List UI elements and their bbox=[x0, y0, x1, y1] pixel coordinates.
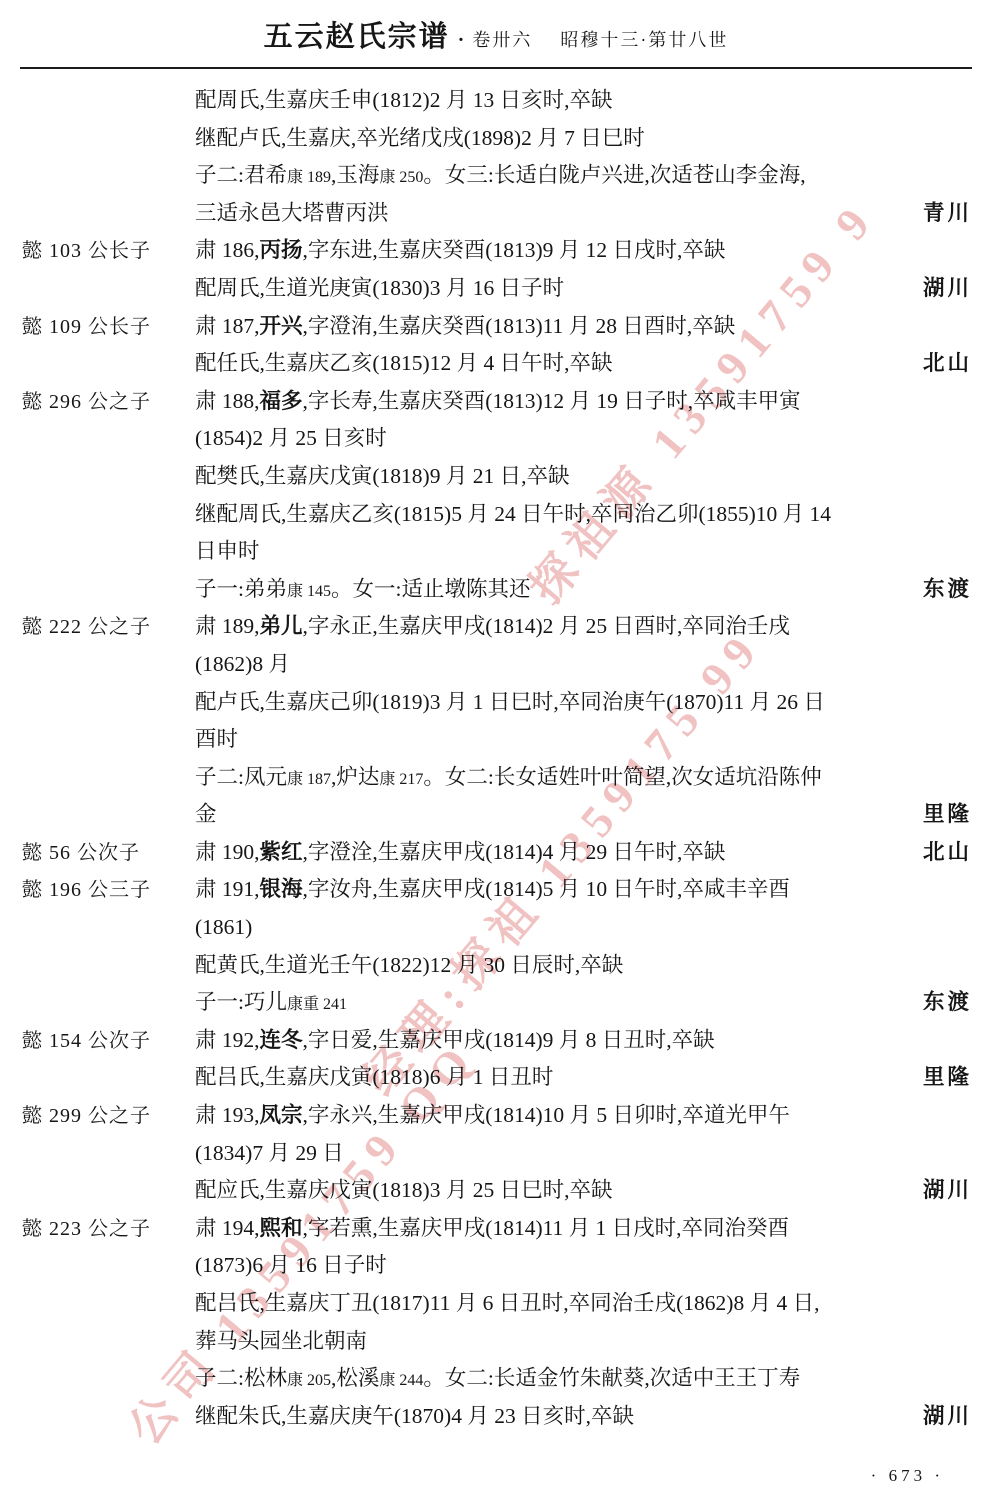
residence-place-label: 里隆 bbox=[923, 796, 972, 834]
entry-lineage-label: 懿 109 公长子 bbox=[0, 309, 195, 347]
genealogy-row: 日申时 bbox=[0, 533, 972, 571]
page-header: 五云赵氏宗谱·卷卅六昭穆十三·第廿八世 bbox=[0, 0, 992, 55]
genealogy-row: 配任氏,生嘉庆乙亥(1815)12 月 4 日午时,卒缺北山 bbox=[0, 345, 972, 383]
person-name: 银海 bbox=[260, 877, 303, 901]
entry-text-segment: 配黄氏,生道光壬午(1822)12 月 30 日辰时,卒缺 bbox=[195, 953, 623, 977]
genealogy-row: (1862)8 月 bbox=[0, 646, 972, 684]
genealogy-page: 探祖源 13591759 9经理:探祖 1359175 99公司 1359175… bbox=[0, 0, 992, 1512]
genealogy-row: 配樊氏,生嘉庆戊寅(1818)9 月 21 日,卒缺 bbox=[0, 458, 972, 496]
entry-text-segment: 日申时 bbox=[195, 539, 260, 563]
entry-text: 肃 192,连冬,字日爱,生嘉庆甲戌(1814)9 月 8 日丑时,卒缺 bbox=[195, 1022, 960, 1060]
residence-place-label: 湖川 bbox=[923, 1172, 972, 1210]
residence-place-label: 北山 bbox=[923, 345, 972, 383]
entry-lineage-label: 懿 299 公之子 bbox=[0, 1098, 195, 1136]
entry-text-segment: 。女二:长适金竹朱献葵,次适中王王丁寿 bbox=[423, 1366, 800, 1390]
cross-reference-annotation: 康 205 bbox=[287, 1372, 331, 1389]
cross-reference-annotation: 康 244 bbox=[379, 1372, 423, 1389]
generation-label: 昭穆十三·第廿八世 bbox=[560, 30, 728, 50]
entry-text: 酉时 bbox=[195, 721, 960, 759]
entry-text-segment: (1834)7 月 29 日 bbox=[195, 1141, 344, 1165]
entry-text-segment: 。女二:长女适姓叶叶简望,次女适坑沿陈仲 bbox=[423, 765, 821, 789]
entry-text-segment: 葬马头园坐北朝南 bbox=[195, 1329, 367, 1353]
entry-text: 配樊氏,生嘉庆戊寅(1818)9 月 21 日,卒缺 bbox=[195, 458, 960, 496]
entry-text: 配吕氏,生嘉庆戊寅(1818)6 月 1 日丑时 bbox=[195, 1059, 911, 1097]
book-title: 五云赵氏宗谱 bbox=[264, 21, 450, 53]
entry-lineage-label: 懿 223 公之子 bbox=[0, 1211, 195, 1249]
entry-lineage-label: 懿 222 公之子 bbox=[0, 609, 195, 647]
genealogy-row: 三适永邑大塔曹丙洪青川 bbox=[0, 195, 972, 233]
entry-text-segment: 肃 193, bbox=[195, 1103, 260, 1127]
person-name: 开兴 bbox=[260, 314, 303, 338]
entry-text-segment: 。女三:长适白陇卢兴进,次适苍山李金海, bbox=[423, 163, 805, 187]
entry-text-segment: ,字汝舟,生嘉庆甲戌(1814)5 月 10 日午时,卒咸丰辛酉 bbox=[303, 877, 790, 901]
entry-text: 子二:松林康 205,松溪康 244。女二:长适金竹朱献葵,次适中王王丁寿 bbox=[195, 1360, 960, 1400]
genealogy-row: 继配周氏,生嘉庆乙亥(1815)5 月 24 日午时,卒同治乙卯(1855)10… bbox=[0, 496, 972, 534]
entry-text-segment: 子二:君希 bbox=[195, 163, 287, 187]
entry-text-segment: (1861) bbox=[195, 915, 252, 939]
entry-text: 金 bbox=[195, 796, 911, 834]
residence-place-label: 东渡 bbox=[923, 984, 972, 1022]
entry-text-segment: 继配朱氏,生嘉庆庚午(1870)4 月 23 日亥时,卒缺 bbox=[195, 1404, 634, 1428]
entry-text-segment: 子二:松林 bbox=[195, 1366, 287, 1390]
entry-text: 子二:君希康 189,玉海康 250。女三:长适白陇卢兴进,次适苍山李金海, bbox=[195, 157, 960, 197]
person-name: 连冬 bbox=[260, 1028, 303, 1052]
entry-lineage-label: 懿 154 公次子 bbox=[0, 1023, 195, 1061]
person-name: 弟儿 bbox=[260, 614, 303, 638]
genealogy-row: 配吕氏,生嘉庆丁丑(1817)11 月 6 日丑时,卒同治壬戌(1862)8 月… bbox=[0, 1285, 972, 1323]
genealogy-row: (1834)7 月 29 日 bbox=[0, 1135, 972, 1173]
cross-reference-annotation: 康 145 bbox=[287, 583, 331, 600]
cross-reference-annotation: 康 217 bbox=[379, 771, 423, 788]
entry-text-segment: ,字永正,生嘉庆甲戌(1814)2 月 25 日酉时,卒同治壬戌 bbox=[303, 614, 790, 638]
entry-text-segment: 配应氏,生嘉庆戊寅(1818)3 月 25 日巳时,卒缺 bbox=[195, 1178, 612, 1202]
entry-text: 继配周氏,生嘉庆乙亥(1815)5 月 24 日午时,卒同治乙卯(1855)10… bbox=[195, 496, 960, 534]
entry-text: 肃 186,丙扬,字东进,生嘉庆癸酉(1813)9 月 12 日戌时,卒缺 bbox=[195, 232, 960, 270]
entry-text-segment: 继配卢氏,生嘉庆,卒光绪戊戌(1898)2 月 7 日巳时 bbox=[195, 126, 645, 150]
genealogy-row: (1861) bbox=[0, 909, 972, 947]
genealogy-row: (1873)6 月 16 日子时 bbox=[0, 1247, 972, 1285]
entry-text-segment: 肃 191, bbox=[195, 877, 260, 901]
entry-text: 配卢氏,生嘉庆己卯(1819)3 月 1 日巳时,卒同治庚午(1870)11 月… bbox=[195, 684, 960, 722]
entry-text: 继配朱氏,生嘉庆庚午(1870)4 月 23 日亥时,卒缺 bbox=[195, 1398, 911, 1436]
genealogy-row: 配周氏,生道光庚寅(1830)3 月 16 日子时湖川 bbox=[0, 270, 972, 308]
entry-text-segment: 肃 188, bbox=[195, 389, 260, 413]
entry-text-segment: ,字澄洧,生嘉庆癸酉(1813)11 月 28 日酉时,卒缺 bbox=[303, 314, 736, 338]
entry-text: 肃 188,福多,字长寿,生嘉庆癸酉(1813)12 月 19 日子时,卒咸丰甲… bbox=[195, 383, 960, 421]
entry-text-segment: ,玉海 bbox=[331, 163, 379, 187]
volume-label: 卷卅六 bbox=[472, 30, 532, 50]
entry-text-segment: 配周氏,生嘉庆壬申(1812)2 月 13 日亥时,卒缺 bbox=[195, 88, 612, 112]
entry-text-segment: 配周氏,生道光庚寅(1830)3 月 16 日子时 bbox=[195, 276, 564, 300]
entry-text: 配黄氏,生道光壬午(1822)12 月 30 日辰时,卒缺 bbox=[195, 947, 960, 985]
entry-text: 子二:凤元康 187,炉达康 217。女二:长女适姓叶叶简望,次女适坑沿陈仲 bbox=[195, 759, 960, 799]
entry-lineage-label: 懿 56 公次子 bbox=[0, 835, 195, 873]
entry-text: 配任氏,生嘉庆乙亥(1815)12 月 4 日午时,卒缺 bbox=[195, 345, 911, 383]
genealogy-row: 继配朱氏,生嘉庆庚午(1870)4 月 23 日亥时,卒缺湖川 bbox=[0, 1398, 972, 1436]
entry-text-segment: (1854)2 月 25 日亥时 bbox=[195, 426, 387, 450]
entry-text: 葬马头园坐北朝南 bbox=[195, 1323, 960, 1361]
genealogy-row: 懿 223 公之子肃 194,熙和,字若熏,生嘉庆甲戌(1814)11 月 1 … bbox=[0, 1210, 972, 1248]
entry-text: 肃 191,银海,字汝舟,生嘉庆甲戌(1814)5 月 10 日午时,卒咸丰辛酉 bbox=[195, 871, 960, 909]
entry-lineage-label: 懿 296 公之子 bbox=[0, 384, 195, 422]
entry-text-segment: 三适永邑大塔曹丙洪 bbox=[195, 201, 389, 225]
entry-text-segment: 。女一:适止墩陈其还 bbox=[331, 577, 530, 601]
entry-text-segment: 肃 187, bbox=[195, 314, 260, 338]
person-name: 熙和 bbox=[260, 1216, 303, 1240]
genealogy-row: 金里隆 bbox=[0, 796, 972, 834]
entry-text: 肃 187,开兴,字澄洧,生嘉庆癸酉(1813)11 月 28 日酉时,卒缺 bbox=[195, 308, 960, 346]
genealogy-row: 子二:凤元康 187,炉达康 217。女二:长女适姓叶叶简望,次女适坑沿陈仲 bbox=[0, 759, 972, 797]
genealogy-row: 懿 154 公次子肃 192,连冬,字日爱,生嘉庆甲戌(1814)9 月 8 日… bbox=[0, 1022, 972, 1060]
entry-text: 肃 194,熙和,字若熏,生嘉庆甲戌(1814)11 月 1 日戌时,卒同治癸酉 bbox=[195, 1210, 960, 1248]
entry-text: 配应氏,生嘉庆戊寅(1818)3 月 25 日巳时,卒缺 bbox=[195, 1172, 911, 1210]
person-name: 凤宗 bbox=[260, 1103, 303, 1127]
entry-text: (1834)7 月 29 日 bbox=[195, 1135, 960, 1173]
entry-text-segment: 肃 190, bbox=[195, 840, 260, 864]
entry-text: 肃 189,弟儿,字永正,生嘉庆甲戌(1814)2 月 25 日酉时,卒同治壬戌 bbox=[195, 608, 960, 646]
entry-text: 肃 190,紫红,字澄洤,生嘉庆甲戌(1814)4 月 29 日午时,卒缺 bbox=[195, 834, 911, 872]
entry-text-segment: ,字永兴,生嘉庆甲戌(1814)10 月 5 日卯时,卒道光甲午 bbox=[303, 1103, 790, 1127]
entry-text-segment: 配任氏,生嘉庆乙亥(1815)12 月 4 日午时,卒缺 bbox=[195, 351, 612, 375]
entry-text: 配吕氏,生嘉庆丁丑(1817)11 月 6 日丑时,卒同治壬戌(1862)8 月… bbox=[195, 1285, 960, 1323]
person-name: 紫红 bbox=[260, 840, 303, 864]
entry-text-segment: 肃 194, bbox=[195, 1216, 260, 1240]
entry-text: (1873)6 月 16 日子时 bbox=[195, 1247, 960, 1285]
cross-reference-annotation: 康 189 bbox=[287, 169, 331, 186]
entry-text-segment: 配樊氏,生嘉庆戊寅(1818)9 月 21 日,卒缺 bbox=[195, 464, 569, 488]
residence-place-label: 湖川 bbox=[923, 1398, 972, 1436]
genealogy-rows: 配周氏,生嘉庆壬申(1812)2 月 13 日亥时,卒缺继配卢氏,生嘉庆,卒光绪… bbox=[0, 82, 992, 1435]
residence-place-label: 北山 bbox=[923, 834, 972, 872]
entry-text: 配周氏,生嘉庆壬申(1812)2 月 13 日亥时,卒缺 bbox=[195, 82, 960, 120]
residence-place-label: 青川 bbox=[923, 195, 972, 233]
genealogy-row: 懿 296 公之子肃 188,福多,字长寿,生嘉庆癸酉(1813)12 月 19… bbox=[0, 383, 972, 421]
cross-reference-annotation: 康 250 bbox=[379, 169, 423, 186]
header-separator-dot: · bbox=[458, 29, 465, 51]
residence-place-label: 里隆 bbox=[923, 1059, 972, 1097]
entry-text-segment: 子一:巧儿 bbox=[195, 990, 287, 1014]
genealogy-row: 葬马头园坐北朝南 bbox=[0, 1323, 972, 1361]
entry-text-segment: (1873)6 月 16 日子时 bbox=[195, 1253, 387, 1277]
entry-text-segment: 酉时 bbox=[195, 727, 238, 751]
genealogy-row: 子一:巧儿康重 241东渡 bbox=[0, 984, 972, 1022]
entry-text-segment: 配吕氏,生嘉庆丁丑(1817)11 月 6 日丑时,卒同治壬戌(1862)8 月… bbox=[195, 1291, 819, 1315]
entry-text-segment: 肃 186, bbox=[195, 238, 260, 262]
entry-text-segment: 肃 192, bbox=[195, 1028, 260, 1052]
genealogy-row: 酉时 bbox=[0, 721, 972, 759]
header-rule bbox=[20, 67, 972, 69]
entry-text: 继配卢氏,生嘉庆,卒光绪戊戌(1898)2 月 7 日巳时 bbox=[195, 120, 960, 158]
genealogy-row: 懿 222 公之子肃 189,弟儿,字永正,生嘉庆甲戌(1814)2 月 25 … bbox=[0, 608, 972, 646]
entry-text-segment: 继配周氏,生嘉庆乙亥(1815)5 月 24 日午时,卒同治乙卯(1855)10… bbox=[195, 502, 831, 526]
genealogy-row: 子二:君希康 189,玉海康 250。女三:长适白陇卢兴进,次适苍山李金海, bbox=[0, 157, 972, 195]
genealogy-row: 懿 196 公三子肃 191,银海,字汝舟,生嘉庆甲戌(1814)5 月 10 … bbox=[0, 871, 972, 909]
entry-text-segment: 肃 189, bbox=[195, 614, 260, 638]
entry-text-segment: ,字日爱,生嘉庆甲戌(1814)9 月 8 日丑时,卒缺 bbox=[303, 1028, 715, 1052]
genealogy-row: 配周氏,生嘉庆壬申(1812)2 月 13 日亥时,卒缺 bbox=[0, 82, 972, 120]
person-name: 福多 bbox=[260, 389, 303, 413]
entry-text: 子一:弟弟康 145。女一:适止墩陈其还 bbox=[195, 571, 911, 611]
cross-reference-annotation: 康 187 bbox=[287, 771, 331, 788]
entry-lineage-label: 懿 196 公三子 bbox=[0, 872, 195, 910]
entry-text-segment: 子二:凤元 bbox=[195, 765, 287, 789]
entry-text-segment: 配卢氏,生嘉庆己卯(1819)3 月 1 日巳时,卒同治庚午(1870)11 月… bbox=[195, 690, 825, 714]
person-name: 丙扬 bbox=[260, 238, 303, 262]
residence-place-label: 东渡 bbox=[923, 571, 972, 609]
cross-reference-annotation: 康重 241 bbox=[287, 996, 347, 1013]
entry-text-segment: ,字东进,生嘉庆癸酉(1813)9 月 12 日戌时,卒缺 bbox=[303, 238, 726, 262]
entry-text-segment: 配吕氏,生嘉庆戊寅(1818)6 月 1 日丑时 bbox=[195, 1065, 553, 1089]
entry-text-segment: 子一:弟弟 bbox=[195, 577, 287, 601]
genealogy-row: 懿 103 公长子肃 186,丙扬,字东进,生嘉庆癸酉(1813)9 月 12 … bbox=[0, 232, 972, 270]
genealogy-row: 配卢氏,生嘉庆己卯(1819)3 月 1 日巳时,卒同治庚午(1870)11 月… bbox=[0, 684, 972, 722]
genealogy-row: 子一:弟弟康 145。女一:适止墩陈其还东渡 bbox=[0, 571, 972, 609]
genealogy-row: 配吕氏,生嘉庆戊寅(1818)6 月 1 日丑时里隆 bbox=[0, 1059, 972, 1097]
entry-text-segment: (1862)8 月 bbox=[195, 652, 290, 676]
entry-text: 配周氏,生道光庚寅(1830)3 月 16 日子时 bbox=[195, 270, 911, 308]
genealogy-row: 配黄氏,生道光壬午(1822)12 月 30 日辰时,卒缺 bbox=[0, 947, 972, 985]
entry-text-segment: ,字长寿,生嘉庆癸酉(1813)12 月 19 日子时,卒咸丰甲寅 bbox=[303, 389, 801, 413]
genealogy-row: 懿 109 公长子肃 187,开兴,字澄洧,生嘉庆癸酉(1813)11 月 28… bbox=[0, 308, 972, 346]
entry-text: 日申时 bbox=[195, 533, 960, 571]
entry-text: 子一:巧儿康重 241 bbox=[195, 984, 911, 1024]
entry-text-segment: ,炉达 bbox=[331, 765, 379, 789]
entry-lineage-label: 懿 103 公长子 bbox=[0, 233, 195, 271]
genealogy-row: 继配卢氏,生嘉庆,卒光绪戊戌(1898)2 月 7 日巳时 bbox=[0, 120, 972, 158]
genealogy-row: 懿 299 公之子肃 193,凤宗,字永兴,生嘉庆甲戌(1814)10 月 5 … bbox=[0, 1097, 972, 1135]
genealogy-row: 懿 56 公次子肃 190,紫红,字澄洤,生嘉庆甲戌(1814)4 月 29 日… bbox=[0, 834, 972, 872]
entry-text: (1862)8 月 bbox=[195, 646, 960, 684]
entry-text-segment: ,字澄洤,生嘉庆甲戌(1814)4 月 29 日午时,卒缺 bbox=[303, 840, 726, 864]
entry-text: 肃 193,凤宗,字永兴,生嘉庆甲戌(1814)10 月 5 日卯时,卒道光甲午 bbox=[195, 1097, 960, 1135]
entry-text-segment: 金 bbox=[195, 802, 217, 826]
entry-text: (1854)2 月 25 日亥时 bbox=[195, 420, 960, 458]
entry-text: (1861) bbox=[195, 909, 960, 947]
entry-text-segment: ,字若熏,生嘉庆甲戌(1814)11 月 1 日戌时,卒同治癸酉 bbox=[303, 1216, 790, 1240]
entry-text-segment: ,松溪 bbox=[331, 1366, 379, 1390]
residence-place-label: 湖川 bbox=[923, 270, 972, 308]
entry-text: 三适永邑大塔曹丙洪 bbox=[195, 195, 911, 233]
genealogy-row: 配应氏,生嘉庆戊寅(1818)3 月 25 日巳时,卒缺湖川 bbox=[0, 1172, 972, 1210]
genealogy-row: (1854)2 月 25 日亥时 bbox=[0, 420, 972, 458]
genealogy-row: 子二:松林康 205,松溪康 244。女二:长适金竹朱献葵,次适中王王丁寿 bbox=[0, 1360, 972, 1398]
page-number: · 673 · bbox=[871, 1466, 944, 1486]
